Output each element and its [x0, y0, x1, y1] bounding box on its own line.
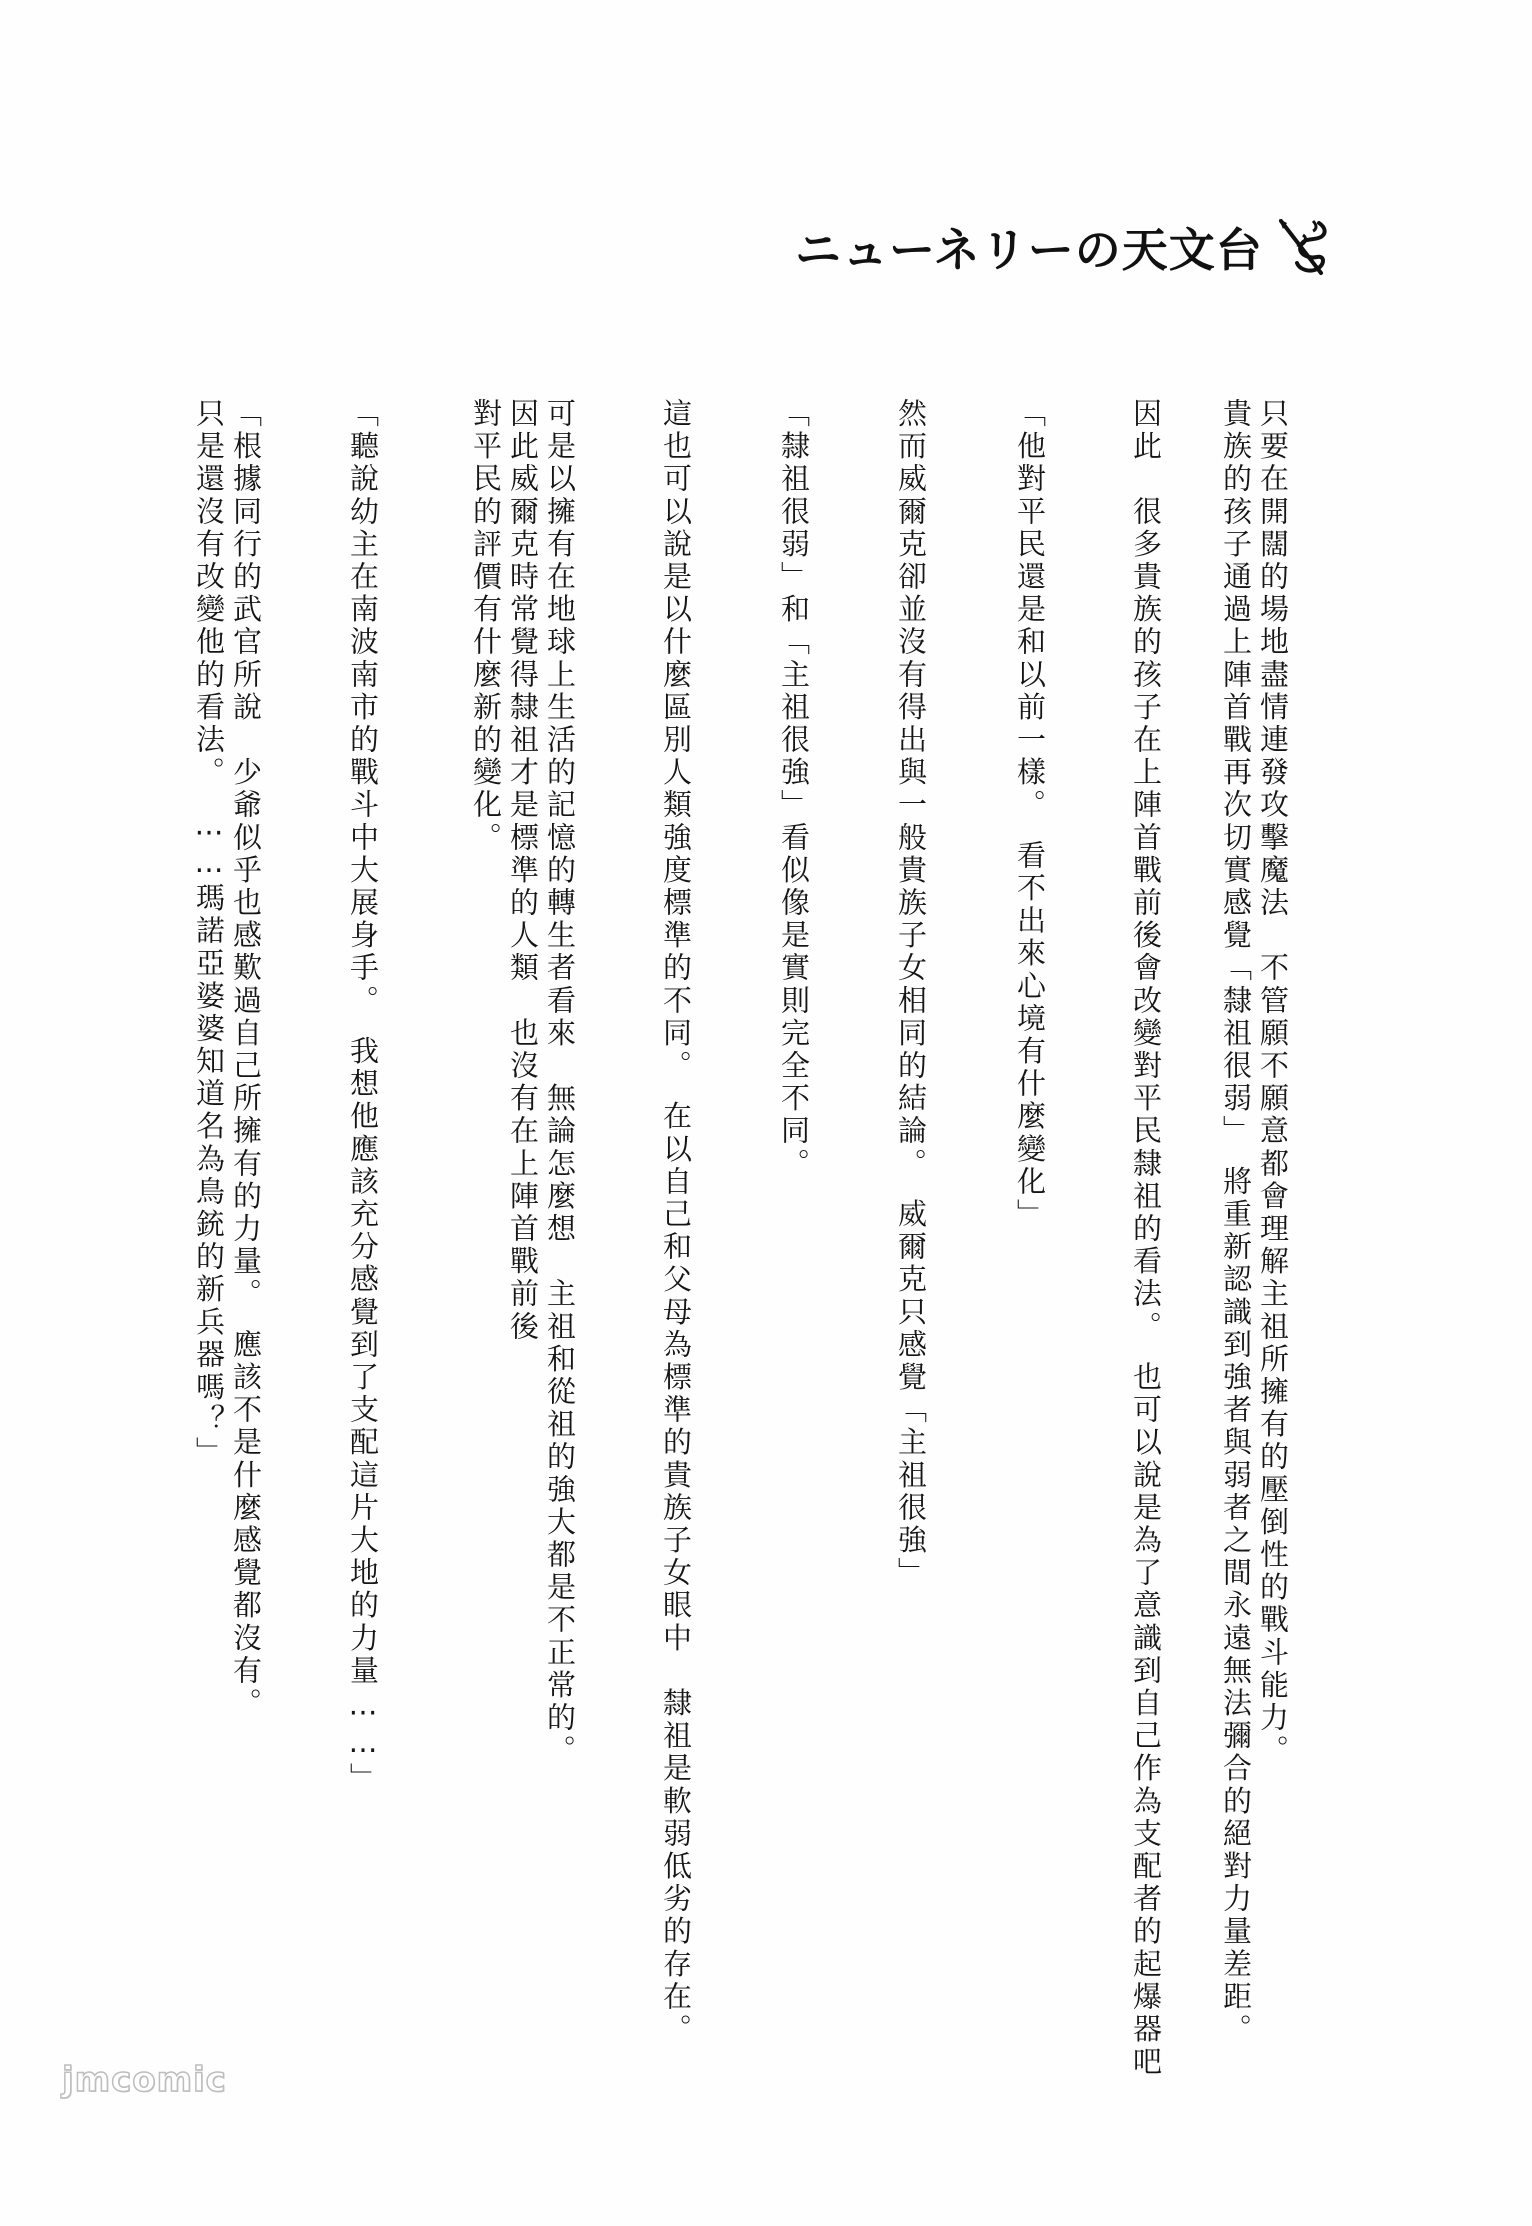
text-column-2: 貴族的孩子通過上陣首戰再次切實感覺「隸祖很弱」 將重新認識到強者與弱者之間永遠無… — [1218, 398, 1254, 2046]
text-column-3: 因此 很多貴族的孩子在上陣首戰前後會改變對平民隸祖的看法。 也可以說是為了意識到… — [1128, 398, 1164, 2079]
caduceus-emblem-icon — [1273, 217, 1331, 277]
text-column-9: 因此威爾克時常覺得隸祖才是標準的人類 也沒有在上陣首戰前後 — [505, 398, 541, 1343]
text-column-1: 只要在開闊的場地盡情連發攻擊魔法 不管願不願意都會理解主祖所擁有的壓倒性的戰斗能… — [1255, 398, 1291, 1767]
text-column-6: 「隸祖很弱」和「主祖很強」看似像是實則完全不同。 — [776, 398, 812, 1180]
document-page: ニューネリーの天文台 只要在開闊的場地盡情連發攻擊魔法 不管願不願意都會理解主祖… — [0, 0, 1532, 2226]
chapter-title: ニューネリーの天文台 — [795, 214, 1263, 280]
dialogue-column-13: 只是還沒有改變他的看法。 ……瑪諾亞婆婆知道名為鳥銃的新兵器嗎？」 — [191, 398, 227, 1469]
dialogue-column-11: 「聽說幼主在南波南市的戰斗中大展身手。 我想他應該充分感覺到了支配這片大地的力量… — [345, 398, 381, 1795]
page-header: ニューネリーの天文台 — [795, 212, 1331, 282]
text-column-8: 可是以擁有在地球上生活的記憶的轉生者看來 無論怎麼想 主祖和從祖的強大都是不正常… — [542, 398, 578, 1767]
text-column-7: 這也可以說是以什麼區別人類強度標準的不同。 在以自己和父母為標準的貴族子女眼中 … — [658, 398, 694, 2046]
text-column-10: 對平民的評價有什麼新的變化。 — [468, 398, 504, 854]
watermark-logo: jmcomic — [62, 2060, 227, 2100]
text-column-5: 然而威爾克卻並沒有得出與一般貴族子女相同的結論。 威爾克只感覺「主祖很強」 — [893, 398, 929, 1590]
dialogue-column-12: 「根據同行的武官所說 少爺似乎也感歎過自己所擁有的力量。 應該不是什麼感覺都沒有… — [228, 398, 264, 1720]
dialogue-column-4: 「他對平民還是和以前一樣。 看不出來心境有什麼變化」 — [1012, 398, 1048, 1231]
